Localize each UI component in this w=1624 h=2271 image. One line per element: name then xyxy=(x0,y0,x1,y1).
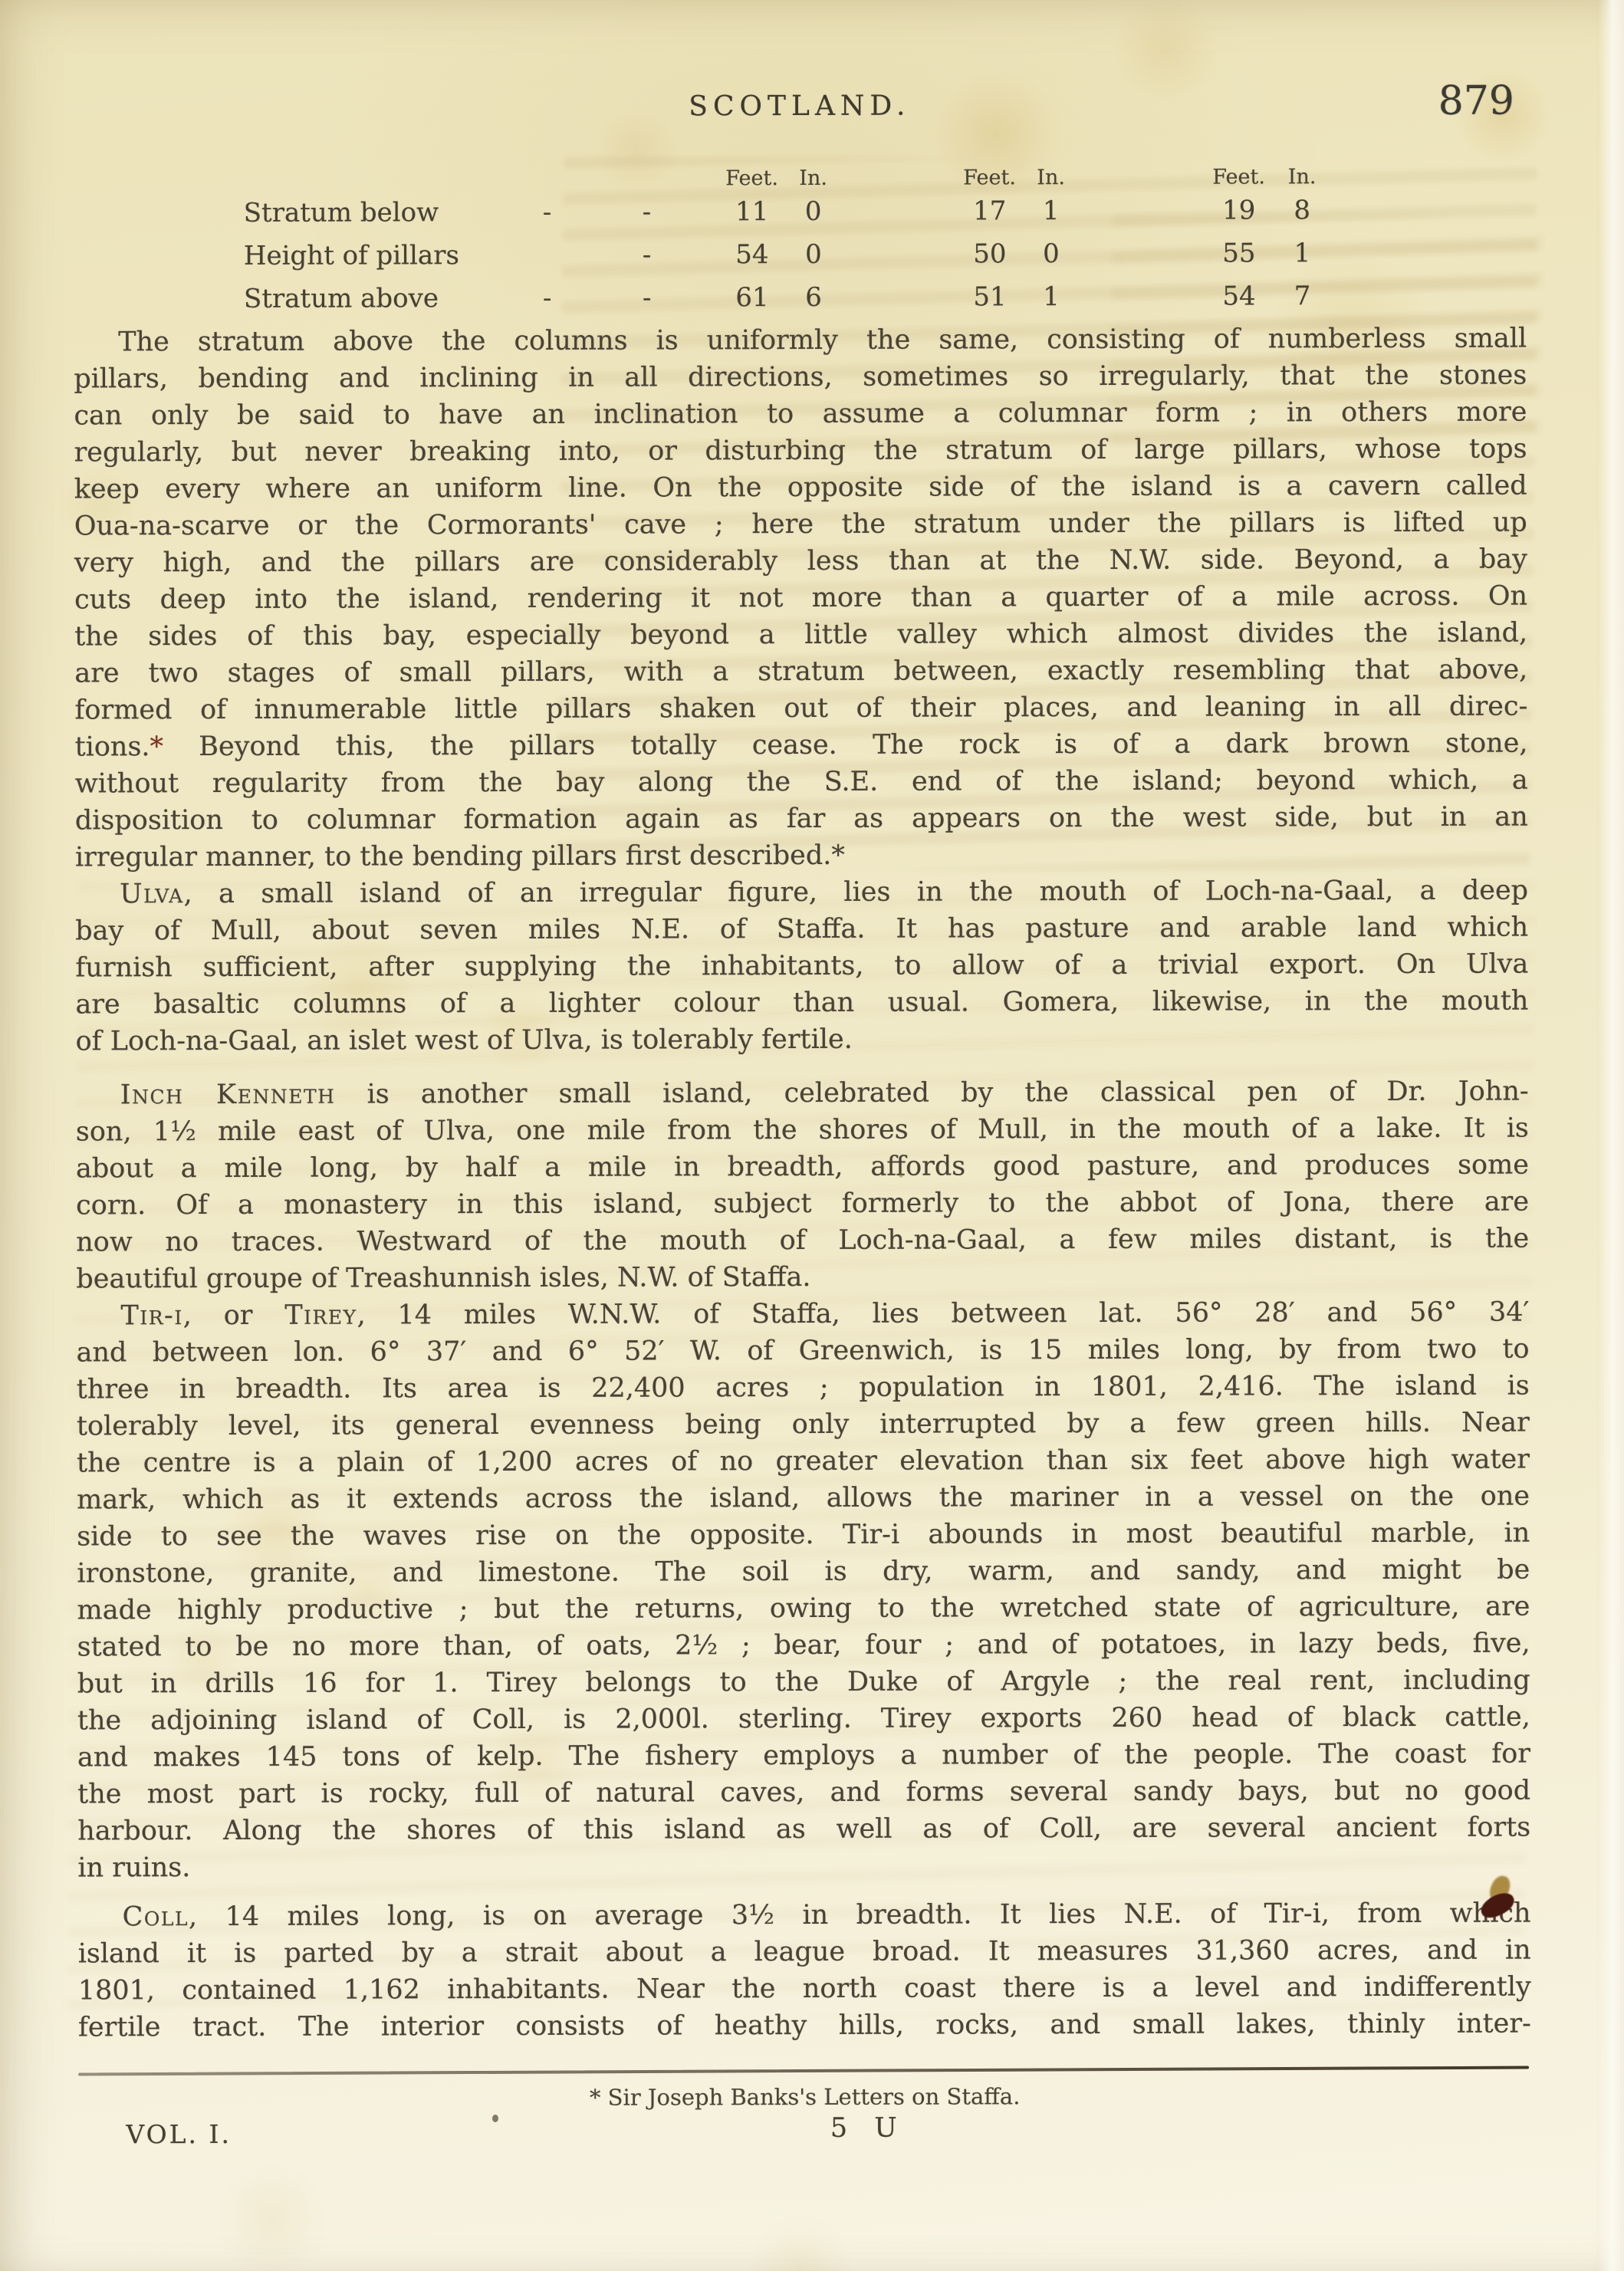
text-segment: , 14 miles W.N.W. of Staffa, lies betwee… xyxy=(357,1297,1530,1331)
text-segment: , 14 miles long, is on average 3½ in bre… xyxy=(189,1898,1531,1933)
dash-cell: - xyxy=(633,239,722,270)
paragraph: The stratum above the columns is uniform… xyxy=(74,320,1528,876)
text-segment: about a mile long, by half a mile in bre… xyxy=(76,1150,1529,1185)
column-header: Feet. xyxy=(722,166,783,190)
text-segment: three in breadth. Its area is 22,400 acr… xyxy=(77,1371,1530,1405)
table-header-row: Feet.In.Feet.In.Feet.In. xyxy=(74,156,1527,192)
text-segment: The stratum above the columns is uniform… xyxy=(118,324,1527,358)
paragraph: Tir-i, or Tirey, 14 miles W.N.W. of Staf… xyxy=(76,1294,1530,1887)
table-row: Height of pillars-540500551 xyxy=(74,232,1527,278)
table-cell: 54 xyxy=(1208,281,1270,311)
table-cell: 1 xyxy=(1270,238,1335,268)
text-segment: formed of innumerable little pillars sha… xyxy=(74,692,1527,726)
text-line: the sides of this bay, especially beyond… xyxy=(74,615,1527,656)
text-segment: of Loch-na-Gaal, an islet west of Ulva, … xyxy=(76,1024,853,1057)
text-segment: the adjoining island of Coll, is 2,000l.… xyxy=(77,1702,1530,1737)
text-line: beautiful groupe of Treashunnish isles, … xyxy=(76,1257,1529,1298)
text-line: side to see the waves rise on the opposi… xyxy=(77,1515,1530,1556)
text-segment: the centre is a plain of 1,200 acres of … xyxy=(77,1444,1530,1479)
table-cell: 51 xyxy=(959,281,1021,312)
smallcaps-word: Tir-i xyxy=(120,1300,182,1331)
table-cell: 1 xyxy=(1021,196,1082,226)
text-line: are basaltic columns of a lighter colour… xyxy=(75,983,1528,1024)
text-line: the adjoining island of Coll, is 2,000l.… xyxy=(77,1699,1530,1740)
table-cell: 19 xyxy=(1208,195,1270,225)
text-line: island it is parted by a strait about a … xyxy=(78,1932,1531,1973)
text-line: tolerably level, its general evenness be… xyxy=(77,1405,1530,1445)
text-segment: very high, and the pillars are considera… xyxy=(74,544,1527,579)
smallcaps-word: Tirey xyxy=(284,1300,357,1331)
text-line: and between lon. 6° 37′ and 6° 52′ W. of… xyxy=(77,1331,1530,1372)
text-line: The stratum above the columns is uniform… xyxy=(74,320,1527,361)
text-segment: but in drills 16 for 1. Tirey belongs to… xyxy=(77,1665,1530,1700)
table-cell: 50 xyxy=(959,238,1021,269)
text-segment: cuts deep into the island, rendering it … xyxy=(74,581,1527,616)
book-page: SCOTLAND. 879 Feet.In.Feet.In.Feet.In.St… xyxy=(0,0,1624,2271)
column-header: In. xyxy=(1270,165,1335,189)
text-line: irregular manner, to the bending pillars… xyxy=(75,836,1528,876)
text-line: Tir-i, or Tirey, 14 miles W.N.W. of Staf… xyxy=(76,1294,1529,1335)
text-line: tions.* Beyond this, the pillars totally… xyxy=(74,725,1527,766)
volume-label: VOL. I. xyxy=(126,2119,232,2149)
text-line: three in breadth. Its area is 22,400 acr… xyxy=(77,1368,1530,1408)
row-label: Stratum above xyxy=(74,283,534,315)
table-cell: 8 xyxy=(1270,195,1335,225)
text-line: pillars, bending and inclining in all di… xyxy=(74,357,1527,398)
text-segment: Beyond this, the pillars totally cease. … xyxy=(163,728,1528,763)
text-line: Ulva, a small island of an irregular fig… xyxy=(75,873,1528,913)
text-line: 1801, contained 1,162 inhabitants. Near … xyxy=(78,1969,1531,2010)
page-number: 879 xyxy=(1407,77,1545,123)
text-segment: , or xyxy=(183,1300,285,1331)
text-segment: * xyxy=(150,731,163,762)
paragraph: Inch Kenneth is another small island, ce… xyxy=(76,1073,1530,1298)
text-line: corn. Of a monastery in this island, sub… xyxy=(76,1184,1529,1224)
table-cell: 54 xyxy=(722,239,783,270)
smallcaps-word: Ulva xyxy=(120,879,184,909)
text-segment: keep every where an uniform line. On the… xyxy=(74,471,1527,505)
text-segment: can only be said to have an inclination … xyxy=(74,397,1527,432)
table-cell: 61 xyxy=(722,282,783,313)
text-segment: pillars, bending and inclining in all di… xyxy=(74,360,1527,395)
text-line: bay of Mull, about seven miles N.E. of S… xyxy=(75,909,1528,950)
smallcaps-word: Inch Kenneth xyxy=(120,1080,336,1111)
text-line: now no traces. Westward of the mouth of … xyxy=(76,1221,1529,1261)
text-segment: Oua-na-scarve or the Cormorants' cave ; … xyxy=(74,508,1527,542)
signature-mark: 5 U xyxy=(791,2113,945,2144)
running-head: SCOTLAND. xyxy=(73,89,1526,124)
text-line: but in drills 16 for 1. Tirey belongs to… xyxy=(77,1662,1530,1703)
table-row: Stratum below--110171198 xyxy=(74,189,1527,235)
text-segment: mark, which as it extends across the isl… xyxy=(77,1481,1530,1516)
text-line: Coll, 14 miles long, is on average 3½ in… xyxy=(77,1895,1530,1936)
text-line: without regularity from the bay along th… xyxy=(75,762,1528,803)
table-cell: 11 xyxy=(722,196,783,227)
text-segment: , a small island of an irregular figure,… xyxy=(184,876,1529,910)
text-segment: son, 1½ mile east of Ulva, one mile from… xyxy=(76,1113,1529,1148)
row-label: Stratum below xyxy=(74,197,534,229)
text-segment: side to see the waves rise on the opposi… xyxy=(77,1518,1530,1553)
text-line: in ruins. xyxy=(77,1846,1530,1887)
text-line: furnish sufficient, after supplying the … xyxy=(75,946,1528,987)
text-line: stated to be no more than, of oats, 2½ ;… xyxy=(77,1625,1530,1666)
column-header: In. xyxy=(783,166,844,190)
text-line: made highly productive ; but the returns… xyxy=(77,1589,1530,1629)
dash-cell: - xyxy=(633,196,722,227)
text-line: the centre is a plain of 1,200 acres of … xyxy=(77,1441,1530,1482)
page-header: SCOTLAND. 879 xyxy=(73,0,1526,2)
text-line: the most part is rocky, full of natural … xyxy=(77,1773,1530,1813)
text-line: Inch Kenneth is another small island, ce… xyxy=(76,1073,1529,1114)
text-line: Oua-na-scarve or the Cormorants' cave ; … xyxy=(74,504,1527,545)
column-header: In. xyxy=(1021,166,1082,189)
paragraph: Coll, 14 miles long, is on average 3½ in… xyxy=(77,1895,1530,2046)
text-segment: and between lon. 6° 37′ and 6° 52′ W. of… xyxy=(77,1334,1530,1369)
table-cell: 17 xyxy=(959,196,1021,226)
text-segment: in ruins. xyxy=(77,1852,190,1883)
paragraph: Ulva, a small island of an irregular fig… xyxy=(75,873,1529,1060)
text-segment: the sides of this bay, especially beyond… xyxy=(74,618,1527,652)
text-segment: disposition to columnar formation again … xyxy=(75,802,1528,836)
text-line: mark, which as it extends across the isl… xyxy=(77,1478,1530,1519)
text-segment: the most part is rocky, full of natural … xyxy=(77,1776,1530,1810)
dash-cell: - xyxy=(633,282,722,313)
table-cell: 0 xyxy=(1021,238,1082,269)
text-segment: beautiful groupe of Treashunnish isles, … xyxy=(76,1262,810,1295)
table-cell: 6 xyxy=(783,282,844,313)
text-line: regularly, but never breaking into, or d… xyxy=(74,431,1527,472)
text-segment: tolerably level, its general evenness be… xyxy=(77,1408,1530,1442)
page-content: SCOTLAND. 879 Feet.In.Feet.In.Feet.In.St… xyxy=(73,0,1526,2)
text-segment: now no traces. Westward of the mouth of … xyxy=(76,1224,1529,1258)
paper-speck xyxy=(492,2115,498,2122)
text-segment: irregular manner, to the bending pillars… xyxy=(75,840,845,873)
column-header: Feet. xyxy=(1208,165,1270,189)
table-cell: 1 xyxy=(1021,281,1082,312)
table-row: Stratum above--616511547 xyxy=(74,274,1527,321)
dash-cell: - xyxy=(534,197,633,228)
text-segment: stated to be no more than, of oats, 2½ ;… xyxy=(77,1628,1530,1663)
text-line: of Loch-na-Gaal, an islet west of Ulva, … xyxy=(75,1020,1528,1060)
text-line: can only be said to have an inclination … xyxy=(74,394,1527,435)
table-cell: 7 xyxy=(1270,281,1335,311)
footnote-rule xyxy=(78,2066,1529,2076)
text-segment: island it is parted by a strait about a … xyxy=(78,1935,1531,1970)
text-segment: 1801, contained 1,162 inhabitants. Near … xyxy=(78,1972,1531,2006)
text-segment: is another small island, celebrated by t… xyxy=(335,1076,1528,1110)
text-segment: harbour. Along the shores of this island… xyxy=(77,1813,1530,1847)
text-segment: fertile tract. The interior consists of … xyxy=(78,2009,1531,2043)
text-line: are two stages of small pillars, with a … xyxy=(74,652,1527,692)
text-segment: tions. xyxy=(74,731,150,762)
text-segment: regularly, but never breaking into, or d… xyxy=(74,434,1527,468)
text-segment: furnish sufficient, after supplying the … xyxy=(75,949,1528,984)
footnote-text: * Sir Joseph Banks's Letters on Staffa. xyxy=(78,2082,1531,2112)
text-line: about a mile long, by half a mile in bre… xyxy=(76,1147,1529,1188)
text-segment: made highly productive ; but the returns… xyxy=(77,1592,1530,1626)
text-line: son, 1½ mile east of Ulva, one mile from… xyxy=(76,1110,1529,1151)
text-line: fertile tract. The interior consists of … xyxy=(78,2006,1531,2046)
text-line: very high, and the pillars are considera… xyxy=(74,541,1527,582)
text-segment: and makes 145 tons of kelp. The fishery … xyxy=(77,1739,1530,1773)
column-header: Feet. xyxy=(959,166,1021,189)
table-cell: 0 xyxy=(783,196,844,227)
text-line: disposition to columnar formation again … xyxy=(75,799,1528,840)
text-line: harbour. Along the shores of this island… xyxy=(77,1809,1530,1850)
text-line: and makes 145 tons of kelp. The fishery … xyxy=(77,1736,1530,1776)
text-line: ironstone, granite, and limestone. The s… xyxy=(77,1552,1530,1592)
measurement-table: Feet.In.Feet.In.Feet.In.Stratum below--1… xyxy=(74,156,1527,321)
text-segment: without regularity from the bay along th… xyxy=(75,765,1528,800)
text-segment: are basaltic columns of a lighter colour… xyxy=(75,986,1528,1020)
row-label: Height of pillars xyxy=(74,240,534,272)
table-cell: 55 xyxy=(1208,238,1270,268)
body-text: The stratum above the columns is uniform… xyxy=(74,320,1531,2046)
table-cell: 0 xyxy=(783,239,844,270)
text-segment: ironstone, granite, and limestone. The s… xyxy=(77,1555,1530,1589)
dash-cell: - xyxy=(534,283,633,314)
smallcaps-word: Coll xyxy=(122,1901,189,1932)
text-line: cuts deep into the island, rendering it … xyxy=(74,578,1527,619)
text-segment: bay of Mull, about seven miles N.E. of S… xyxy=(75,912,1528,947)
text-segment: are two stages of small pillars, with a … xyxy=(74,655,1527,689)
text-segment: corn. Of a monastery in this island, sub… xyxy=(76,1187,1529,1221)
text-line: formed of innumerable little pillars sha… xyxy=(74,689,1527,729)
text-line: keep every where an uniform line. On the… xyxy=(74,468,1527,508)
